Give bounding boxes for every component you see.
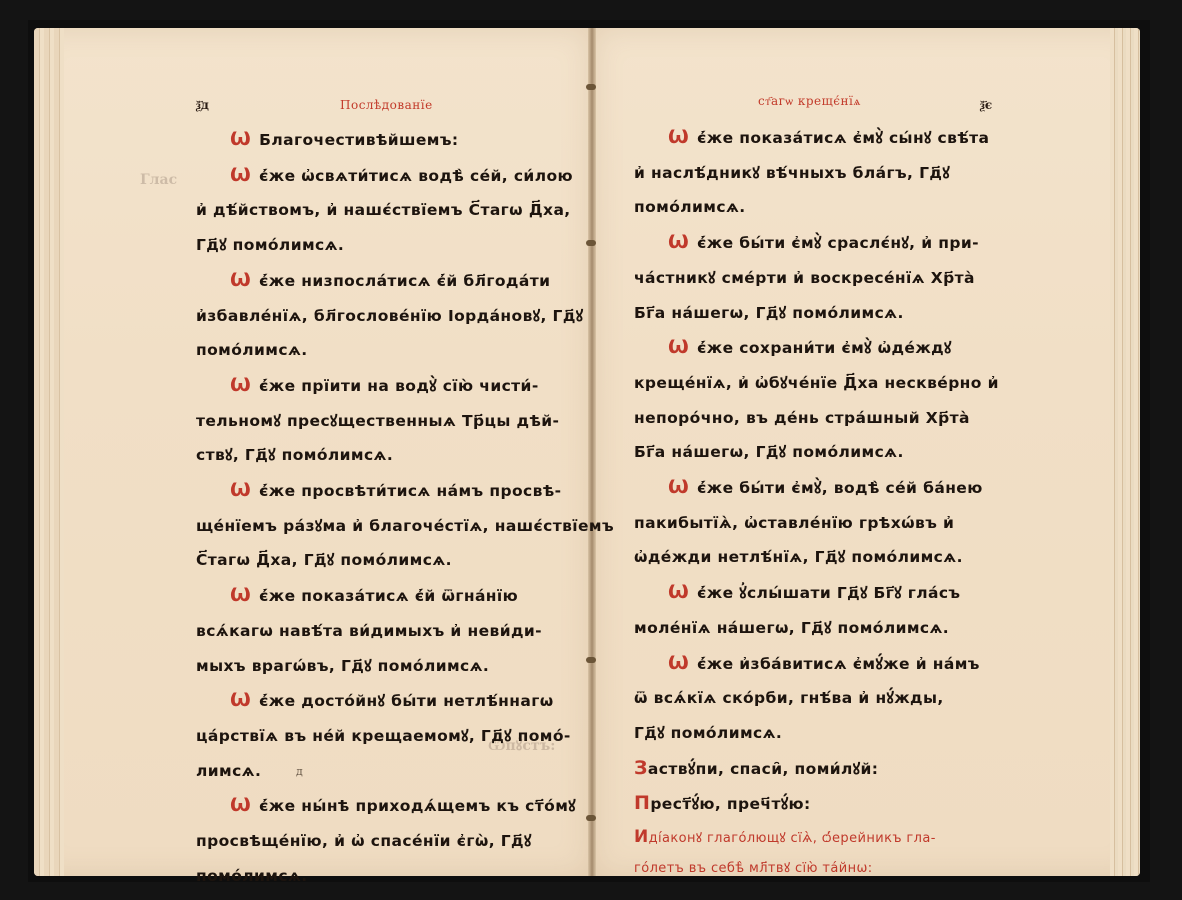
right-folio-number: ѯ҃є (980, 98, 992, 113)
line-text: Бг҃а на́шегѡ, Гд҃ꙋ помо́лимсѧ. (634, 304, 904, 322)
text-line: Ѡє҆́же ны́нѣ приходѧ́щемъ къ ст҃о́мꙋ (196, 788, 572, 824)
text-line: ще́нїемъ ра́зꙋма и҆ благоче́стїѧ, нашє́с… (196, 509, 572, 544)
text-line: Гд҃ꙋ помо́лимсѧ. (196, 228, 572, 263)
text-line: Ѡє҆́же низпосла́тисѧ є҆́й бл҃года́ти (196, 263, 572, 299)
petition-paragraph: Ѡє҆́же досто́йнꙋ бы́ти нетлѣ́ннагѡца́рст… (196, 683, 572, 788)
line-text: ѿ всѧ́кїѧ ско́рби, гнѣ́ва и҆ нꙋ́жды, (634, 689, 944, 707)
petition-paragraph: Ѡє҆́же показа́тисѧ є҆мꙋ̀ сы́нꙋ свѣ́таи҆ … (634, 120, 1018, 225)
petition-paragraph: Ѡє҆́же ꙋ҆слы́шати Гд҃ꙋ Бг҃ꙋ гла́съмоле́н… (634, 575, 1018, 645)
petition-paragraph: Ѡє҆́же бы́ти є҆мꙋ̀ сраслє́нꙋ, и҆ при-ча́… (634, 225, 1018, 330)
line-text: Благочестивѣйшемъ: (259, 131, 458, 149)
text-line: Ѡє҆́же бы́ти є҆мꙋ̀ сраслє́нꙋ, и҆ при- (634, 225, 1018, 261)
petition-paragraph: Ѡє҆́же ѡ҆свѧти́тисѧ водѣ̀ се́й, си́лоюи҆… (196, 158, 572, 263)
text-line: просвѣще́нїю, и҆ ѡ҆ спасе́нїи є҆гѡ̀, Гд҃… (196, 824, 572, 859)
text-line: Ѡє҆́же ѡ҆свѧти́тисѧ водѣ̀ се́й, си́лою (196, 158, 572, 194)
text-line: помо́лимсѧ. (196, 859, 572, 894)
text-line: Бг҃а на́шегѡ, Гд҃ꙋ помо́лимсѧ. (634, 435, 1018, 470)
line-text: помо́лимсѧ. (196, 341, 308, 359)
line-text: є҆́же показа́тисѧ є҆мꙋ̀ сы́нꙋ свѣ́та (697, 129, 989, 147)
line-text: є҆́же просвѣти́тисѧ на́мъ просвѣ- (259, 482, 561, 500)
text-line: моле́нїѧ на́шегѡ, Гд҃ꙋ помо́лимсѧ. (634, 611, 1018, 646)
line-text: є҆́же бы́ти є҆мꙋ̀, водѣ̀ се́й ба́нею (697, 479, 983, 497)
red-initial: Ѡ (230, 689, 251, 711)
text-line: креще́нїѧ, и҆ ѡ҆бꙋче́нїе Д҃ха нескве́рно… (634, 366, 1018, 401)
right-page-text: Ѡє҆́же показа́тисѧ є҆мꙋ̀ сы́нꙋ свѣ́таи҆ … (634, 120, 1018, 884)
left-running-header: Послѣдованїе (340, 98, 433, 112)
rubric-text: ді́аконꙋ глаго́лющꙋ сїѧ̀, ѻ҆́ерейникъ гл… (649, 831, 936, 846)
binding-stitch (586, 657, 596, 663)
line-text: ѡ҆де́жди нетлѣ́нїѧ, Гд҃ꙋ помо́лимсѧ. (634, 548, 963, 566)
line-text: помо́лимсѧ. (634, 198, 746, 216)
line-text: и҆ дѣ́йствомъ, и҆ нашє́ствїемъ С҃тагѡ Д҃… (196, 201, 571, 219)
line-text: є҆́же прїити на водꙋ̀ сїю̀ чисти́- (259, 377, 538, 395)
text-line: и҆збавле́нїѧ, бл҃гослове́нїю Іорда́новꙋ,… (196, 299, 572, 334)
rubric-instruction: Иді́аконꙋ глаго́лющꙋ сїѧ̀, ѻ҆́ерейникъ г… (634, 822, 1018, 884)
petition-paragraph: Ѡє҆́же низпосла́тисѧ є҆́й бл҃года́тии҆зб… (196, 263, 572, 368)
text-line: Ѡє҆́же просвѣти́тисѧ на́мъ просвѣ- (196, 473, 572, 509)
text-line: ѠБлагочестивѣйшемъ: (196, 122, 572, 158)
text-line: Гд҃ꙋ помо́лимсѧ. (634, 716, 1018, 751)
line-text: и҆збавле́нїѧ, бл҃гослове́нїю Іорда́новꙋ,… (196, 307, 583, 325)
bleed-through-text: Глас (140, 172, 177, 188)
text-line: тельномꙋ пресꙋщественныѧ Тр҃цы дѣй- (196, 404, 572, 439)
text-line: ствꙋ, Гд҃ꙋ помо́лимсѧ. (196, 438, 572, 473)
binding-stitch (586, 240, 596, 246)
petition-paragraph: Заствꙋ́пи, спаси̑, поми́лꙋй: (634, 751, 1018, 787)
text-line: Заствꙋ́пи, спаси̑, поми́лꙋй: (634, 751, 1018, 787)
line-text: креще́нїѧ, и҆ ѡ҆бꙋче́нїе Д҃ха нескве́рно… (634, 374, 999, 392)
line-text: рест҃ꙋ́ю, преч҃тꙋ́ю: (650, 795, 810, 813)
petition-paragraph: Ѡє҆́же ны́нѣ приходѧ́щемъ къ ст҃о́мꙋпрос… (196, 788, 572, 893)
petition-paragraph: Ѡє҆́же и҆зба́витисѧ є҆мꙋ́же и҆ на́мъѿ вс… (634, 646, 1018, 751)
line-text: ча́стникꙋ сме́рти и҆ воскресе́нїѧ Хр҃та̀ (634, 269, 975, 287)
red-initial: Ѡ (230, 374, 251, 396)
text-line: Ѡє҆́же показа́тисѧ є҆мꙋ̀ сы́нꙋ свѣ́та (634, 120, 1018, 156)
book-gutter (588, 28, 596, 876)
line-text: є҆́же досто́йнꙋ бы́ти нетлѣ́ннагѡ (259, 692, 553, 710)
binding-stitch (586, 84, 596, 90)
line-text: є҆́же низпосла́тисѧ є҆́й бл҃года́ти (259, 272, 550, 290)
right-page-edges (1110, 28, 1140, 876)
red-initial: Ѡ (668, 336, 689, 358)
text-line: пакибытїѧ̀, ѡ҆ставле́нїю грѣхѡ́въ и҆ (634, 506, 1018, 541)
line-text: мыхъ врагѡ́въ, Гд҃ꙋ помо́лимсѧ. (196, 657, 489, 675)
petition-paragraph: ѠБлагочестивѣйшемъ: (196, 122, 572, 158)
binding-stitch (586, 815, 596, 821)
left-page-edges (34, 28, 64, 876)
line-text: є҆́же сохрани́ти є҆мꙋ̀ ѡ҆де́ждꙋ (697, 339, 952, 357)
text-line: Ѡє҆́же показа́тисѧ є҆́й ѿгна́нїю (196, 578, 572, 614)
text-line: ѡ҆де́жди нетлѣ́нїѧ, Гд҃ꙋ помо́лимсѧ. (634, 540, 1018, 575)
line-text: аствꙋ́пи, спаси̑, поми́лꙋй: (648, 760, 878, 778)
text-line: мыхъ врагѡ́въ, Гд҃ꙋ помо́лимсѧ. (196, 649, 572, 684)
red-initial: Ѡ (668, 231, 689, 253)
line-text: є҆́же показа́тисѧ є҆́й ѿгна́нїю (259, 587, 518, 605)
line-text: тельномꙋ пресꙋщественныѧ Тр҃цы дѣй- (196, 412, 559, 430)
red-initial: Ѡ (230, 794, 251, 816)
line-text: є҆́же и҆зба́витисѧ є҆мꙋ́же и҆ на́мъ (697, 655, 980, 673)
left-page-text: ѠБлагочестивѣйшемъ:Ѡє҆́же ѡ҆свѧти́тисѧ в… (196, 122, 572, 893)
left-folio-number: ѯ҃д (196, 98, 209, 113)
red-initial: Ѡ (668, 126, 689, 148)
line-text: Гд҃ꙋ помо́лимсѧ. (634, 724, 782, 742)
line-text: лимсѧ. (196, 762, 261, 780)
red-initial: Ѡ (230, 584, 251, 606)
text-line: Ѡє҆́же и҆зба́витисѧ є҆мꙋ́же и҆ на́мъ (634, 646, 1018, 682)
text-line: Ѡє҆́же сохрани́ти є҆мꙋ̀ ѡ҆де́ждꙋ (634, 330, 1018, 366)
petition-paragraph: Ѡє҆́же прїити на водꙋ̀ сїю̀ чисти́-тельн… (196, 368, 572, 473)
line-text: ще́нїемъ ра́зꙋма и҆ благоче́стїѧ, нашє́с… (196, 517, 614, 535)
red-initial: Ѡ (230, 479, 251, 501)
line-text: ца́рствїѧ въ не́й крещаемомꙋ, Гд҃ꙋ помо́… (196, 727, 571, 745)
text-line: С҃тагѡ Д҃ха, Гд҃ꙋ помо́лимсѧ. (196, 543, 572, 578)
line-text: є҆́же ꙋ҆слы́шати Гд҃ꙋ Бг҃ꙋ гла́съ (697, 584, 960, 602)
line-text: є҆́же бы́ти є҆мꙋ̀ сраслє́нꙋ, и҆ при- (697, 234, 979, 252)
text-line: Ѡє҆́же ꙋ҆слы́шати Гд҃ꙋ Бг҃ꙋ гла́съ (634, 575, 1018, 611)
red-initial: Ѡ (230, 128, 251, 150)
text-line: всѧ́кагѡ навѣ́та ви́димыхъ и҆ неви́ди- (196, 614, 572, 649)
line-text: С҃тагѡ Д҃ха, Гд҃ꙋ помо́лимсѧ. (196, 551, 452, 569)
line-text: Гд҃ꙋ помо́лимсѧ. (196, 236, 344, 254)
text-line: Ѡє҆́же прїити на водꙋ̀ сїю̀ чисти́- (196, 368, 572, 404)
line-text: непоро́чно, въ де́нь стра́шный Хр҃та̀ (634, 409, 970, 427)
red-initial: П (634, 792, 650, 814)
line-text: є҆́же ны́нѣ приходѧ́щемъ къ ст҃о́мꙋ (259, 797, 576, 815)
text-line: непоро́чно, въ де́нь стра́шный Хр҃та̀ (634, 401, 1018, 436)
red-initial: З (634, 757, 648, 779)
petition-paragraph: Ѡє҆́же просвѣти́тисѧ на́мъ просвѣ-ще́нїе… (196, 473, 572, 578)
line-text: пакибытїѧ̀, ѡ҆ставле́нїю грѣхѡ́въ и҆ (634, 514, 954, 532)
petition-paragraph: Ѡє҆́же сохрани́ти є҆мꙋ̀ ѡ҆де́ждꙋкреще́нї… (634, 330, 1018, 470)
signature-mark: д (296, 765, 303, 778)
red-initial: Ѡ (668, 652, 689, 674)
line-text: и҆ наслѣ́дникꙋ вѣ́чныхъ бла́гъ, Гд҃ꙋ (634, 164, 950, 182)
line-text: Бг҃а на́шегѡ, Гд҃ꙋ помо́лимсѧ. (634, 443, 904, 461)
text-line: Ѡє҆́же бы́ти є҆мꙋ̀, водѣ̀ се́й ба́нею (634, 470, 1018, 506)
petition-paragraph: Ѡє҆́же бы́ти є҆мꙋ̀, водѣ̀ се́й ба́неюпак… (634, 470, 1018, 575)
text-line: ца́рствїѧ въ не́й крещаемомꙋ, Гд҃ꙋ помо́… (196, 719, 572, 754)
text-line: Бг҃а на́шегѡ, Гд҃ꙋ помо́лимсѧ. (634, 296, 1018, 331)
red-initial: И (634, 827, 649, 847)
line-text: є҆́же ѡ҆свѧти́тисѧ водѣ̀ се́й, си́лою (259, 167, 573, 185)
text-line: и҆ дѣ́йствомъ, и҆ нашє́ствїемъ С҃тагѡ Д҃… (196, 193, 572, 228)
text-line: помо́лимсѧ. (196, 333, 572, 368)
text-line: Прест҃ꙋ́ю, преч҃тꙋ́ю: (634, 786, 1018, 822)
text-line: ча́стникꙋ сме́рти и҆ воскресе́нїѧ Хр҃та̀ (634, 261, 1018, 296)
text-line: ѿ всѧ́кїѧ ско́рби, гнѣ́ва и҆ нꙋ́жды, (634, 681, 1018, 716)
text-line: помо́лимсѧ. (634, 190, 1018, 225)
rubric-line: Иді́аконꙋ глаго́лющꙋ сїѧ̀, ѻ҆́ерейникъ г… (634, 822, 1018, 854)
text-line: лимсѧ. (196, 754, 572, 789)
red-initial: Ѡ (668, 476, 689, 498)
red-initial: Ѡ (230, 164, 251, 186)
line-text: помо́лимсѧ. (196, 867, 308, 885)
line-text: ствꙋ, Гд҃ꙋ помо́лимсѧ. (196, 446, 393, 464)
petition-paragraph: Ѡє҆́же показа́тисѧ є҆́й ѿгна́нїювсѧ́кагѡ… (196, 578, 572, 683)
line-text: просвѣще́нїю, и҆ ѡ҆ спасе́нїи є҆гѡ̀, Гд҃… (196, 832, 532, 850)
right-running-header: ст҃агѡ крещє́нїѧ (758, 94, 861, 109)
text-line: и҆ наслѣ́дникꙋ вѣ́чныхъ бла́гъ, Гд҃ꙋ (634, 156, 1018, 191)
line-text: моле́нїѧ на́шегѡ, Гд҃ꙋ помо́лимсѧ. (634, 619, 949, 637)
text-line: Ѡє҆́же досто́йнꙋ бы́ти нетлѣ́ннагѡ (196, 683, 572, 719)
rubric-line: го́летъ въ себѣ̀ мл҃твꙋ сїю̀ та́йнѡ: (634, 854, 1018, 884)
red-initial: Ѡ (230, 269, 251, 291)
line-text: всѧ́кагѡ навѣ́та ви́димыхъ и҆ неви́ди- (196, 622, 542, 640)
rubric-text: го́летъ въ себѣ̀ мл҃твꙋ сїю̀ та́йнѡ: (634, 861, 873, 876)
red-initial: Ѡ (668, 581, 689, 603)
petition-paragraph: Прест҃ꙋ́ю, преч҃тꙋ́ю: (634, 786, 1018, 822)
